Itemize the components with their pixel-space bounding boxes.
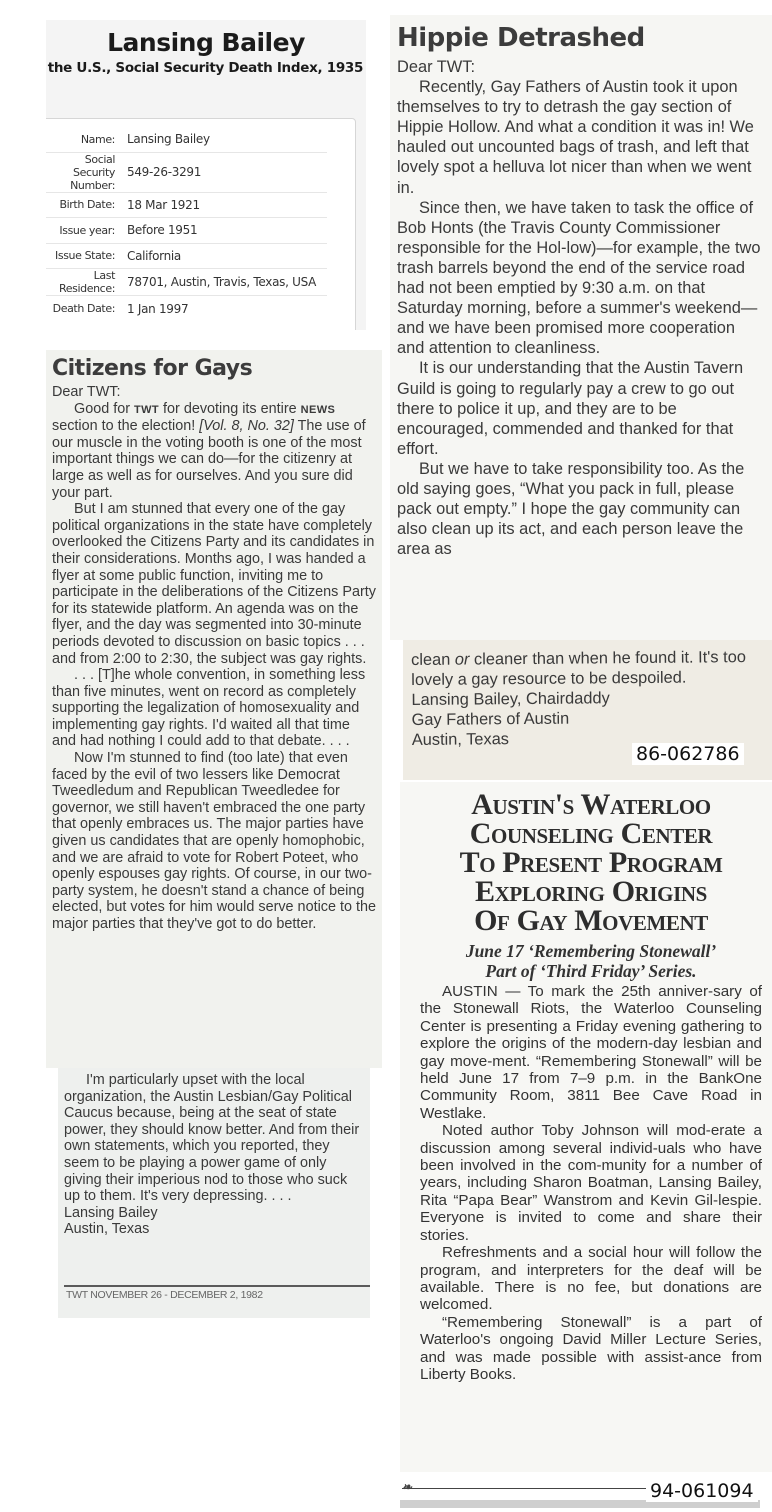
clipping-citizens-for-gays-continued: I'm particularly upset with the local or… — [58, 1068, 370, 1318]
field-label: Issue State: — [46, 249, 127, 262]
headline-line: Counseling Center — [420, 819, 762, 848]
field-value: 78701, Austin, Travis, Texas, USA — [127, 275, 316, 289]
record-title: Lansing Bailey — [46, 28, 366, 57]
signature-line: Austin, Texas — [64, 1221, 366, 1238]
field-label: Death Date: — [46, 302, 127, 315]
field-value: Before 1951 — [127, 223, 197, 237]
field-issue-year: Issue year: Before 1951 — [46, 218, 327, 244]
field-label: Last Residence: — [46, 269, 127, 295]
field-label: Social Security Number: — [46, 153, 127, 192]
paragraph: Good for TWT for devoting its entire NEW… — [52, 401, 376, 502]
field-birth-date: Birth Date: 18 Mar 1921 — [46, 193, 327, 219]
paragraph: But we have to take responsibility too. … — [397, 459, 766, 559]
field-value: 18 Mar 1921 — [127, 198, 200, 212]
paragraph: AUSTIN — To mark the 25th anniver-sary o… — [420, 983, 762, 1122]
reference-number: 94-061094 — [646, 1480, 758, 1502]
field-value: Lansing Bailey — [127, 132, 210, 146]
field-label: Name: — [46, 133, 127, 146]
clipping-waterloo-counseling: Austin's Waterloo Counseling Center To P… — [400, 782, 772, 1472]
clipping-deck: June 17 ‘Remembering Stonewall’ Part of … — [420, 941, 762, 981]
clipping-headline: Austin's Waterloo Counseling Center To P… — [420, 790, 762, 935]
clipping-body: Dear TWT: Recently, Gay Fathers of Austi… — [397, 57, 766, 559]
paragraph: . . . [T]he whole convention, in somethi… — [52, 667, 376, 750]
paragraph: Refreshments and a social hour will foll… — [420, 1244, 762, 1314]
text: NEWS — [301, 404, 336, 416]
publication-footer: TWT NOVEMBER 26 - DECEMBER 2, 1982 — [66, 1289, 263, 1301]
paragraph: Since then, we have taken to task the of… — [397, 198, 766, 359]
clipping-hippie-detrashed: Hippie Detrashed Dear TWT: Recently, Gay… — [390, 15, 772, 640]
salutation: Dear TWT: — [52, 384, 376, 401]
deck-line: Part of ‘Third Friday’ Series. — [420, 961, 762, 981]
clipping-body: I'm particularly upset with the local or… — [64, 1072, 366, 1238]
clipping-body: clean or cleaner than when he found it. … — [411, 647, 765, 750]
field-value: 1 Jan 1997 — [127, 302, 188, 316]
clipping-citizens-for-gays: Citizens for Gays Dear TWT: Good for TWT… — [46, 350, 382, 1068]
headline-line: Exploring Origins — [420, 877, 762, 906]
field-value: 549-26-3291 — [127, 165, 201, 179]
text: section to the election! — [52, 418, 199, 434]
text: Good for — [74, 401, 134, 417]
field-ssn: Social Security Number: 549-26-3291 — [46, 153, 327, 193]
paragraph: I'm particularly upset with the local or… — [64, 1072, 366, 1205]
record-details-card: Name: Lansing Bailey Social Security Num… — [46, 118, 356, 330]
paragraph: It is our understanding that the Austin … — [397, 358, 766, 458]
paragraph: Noted author Toby Johnson will mod-erate… — [420, 1122, 762, 1244]
divider — [64, 1285, 370, 1287]
paragraph: Now I'm stunned to find (too late) that … — [52, 750, 376, 933]
reference-number: 86-062786 — [632, 743, 744, 765]
record-collection-subtitle: n the U.S., Social Security Death Index,… — [46, 60, 363, 76]
divider — [402, 1488, 652, 1489]
field-name: Name: Lansing Bailey — [46, 127, 327, 153]
field-label: Issue year: — [46, 224, 127, 237]
field-last-residence: Last Residence: 78701, Austin, Travis, T… — [46, 269, 327, 296]
end-mark-icon: ❧ — [402, 1480, 412, 1494]
paragraph: Recently, Gay Fathers of Austin took it … — [397, 77, 766, 198]
field-issue-state: Issue State: California — [46, 244, 327, 270]
issue-reference: [Vol. 8, No. 32] — [199, 418, 294, 434]
clipping-headline: Citizens for Gays — [52, 356, 376, 382]
field-death-date: Death Date: 1 Jan 1997 — [46, 296, 327, 322]
salutation: Dear TWT: — [397, 57, 766, 77]
text: TWT — [134, 404, 159, 416]
text: for devoting its entire — [159, 401, 301, 417]
headline-line: Of Gay Movement — [420, 906, 762, 935]
paragraph-continued: clean or cleaner than when he found it. … — [411, 647, 764, 690]
deck-line: June 17 ‘Remembering Stonewall’ — [420, 941, 762, 961]
clipping-body: Dear TWT: Good for TWT for devoting its … — [52, 384, 376, 933]
field-label: Birth Date: — [46, 198, 127, 211]
headline-line: Austin's Waterloo — [420, 790, 762, 819]
emphasis: or — [455, 650, 470, 668]
clipping-body: AUSTIN — To mark the 25th anniver-sary o… — [420, 983, 762, 1383]
paragraph: “Remembering Stonewall” is a part of Wat… — [420, 1314, 762, 1384]
ssdi-record: Lansing Bailey n the U.S., Social Securi… — [46, 20, 366, 330]
headline-line: To Present Program — [420, 848, 762, 877]
signature-line: Lansing Bailey — [64, 1205, 366, 1222]
paragraph: But I am stunned that every one of the g… — [52, 501, 376, 667]
clipping-headline: Hippie Detrashed — [397, 23, 766, 53]
text: clean — [411, 651, 455, 669]
field-value: California — [127, 249, 181, 263]
